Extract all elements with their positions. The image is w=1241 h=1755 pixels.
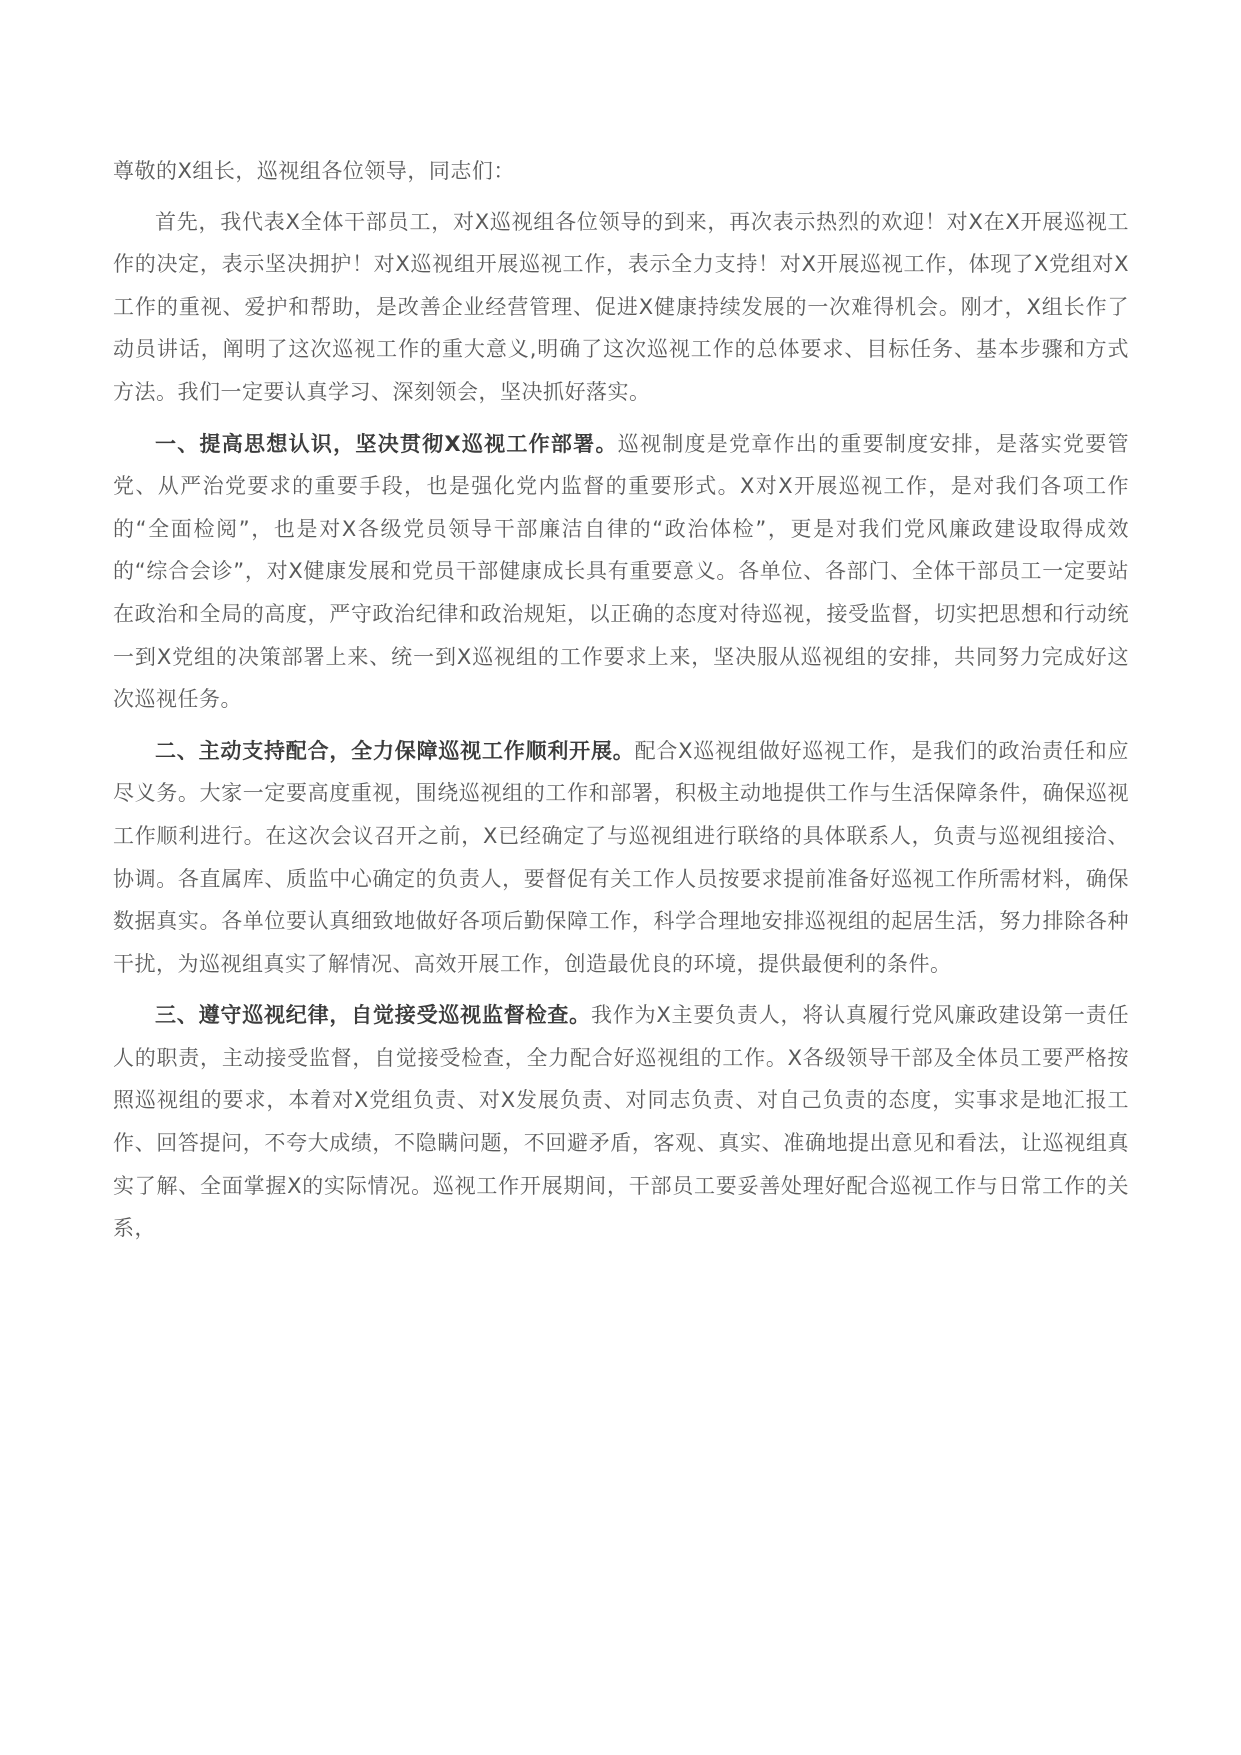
paragraph-body: 配合X巡视组做好巡视工作，是我们的政治责任和应尽义务。大家一定要高度重视，围绕巡… [113, 739, 1129, 976]
paragraph-intro: 首先，我代表X全体干部员工，对X巡视组各位领导的到来，再次表示热烈的欢迎！对X在… [113, 201, 1129, 414]
paragraph-body: 我作为X主要负责人，将认真履行党风廉政建设第一责任人的职责，主动接受监督，自觉接… [113, 1003, 1129, 1240]
section-heading-2: 二、主动支持配合，全力保障巡视工作顺利开展。 [155, 739, 635, 763]
section-heading-3: 三、遵守巡视纪律，自觉接受巡视监督检查。 [155, 1003, 591, 1027]
paragraph-body: 首先，我代表X全体干部员工，对X巡视组各位领导的到来，再次表示热烈的欢迎！对X在… [113, 210, 1129, 404]
paragraph-section-2: 二、主动支持配合，全力保障巡视工作顺利开展。配合X巡视组做好巡视工作，是我们的政… [113, 730, 1129, 986]
salutation: 尊敬的X组长，巡视组各位领导，同志们： [113, 150, 1129, 193]
section-heading-1: 一、提高思想认识，坚决贯彻X巡视工作部署。 [155, 432, 618, 456]
paragraph-section-3: 三、遵守巡视纪律，自觉接受巡视监督检查。我作为X主要负责人，将认真履行党风廉政建… [113, 994, 1129, 1250]
paragraph-body: 巡视制度是党章作出的重要制度安排，是落实党要管党、从严治党要求的重要手段，也是强… [113, 432, 1129, 712]
document-page: 尊敬的X组长，巡视组各位领导，同志们： 首先，我代表X全体干部员工，对X巡视组各… [113, 150, 1129, 1259]
paragraph-section-1: 一、提高思想认识，坚决贯彻X巡视工作部署。巡视制度是党章作出的重要制度安排，是落… [113, 423, 1129, 721]
